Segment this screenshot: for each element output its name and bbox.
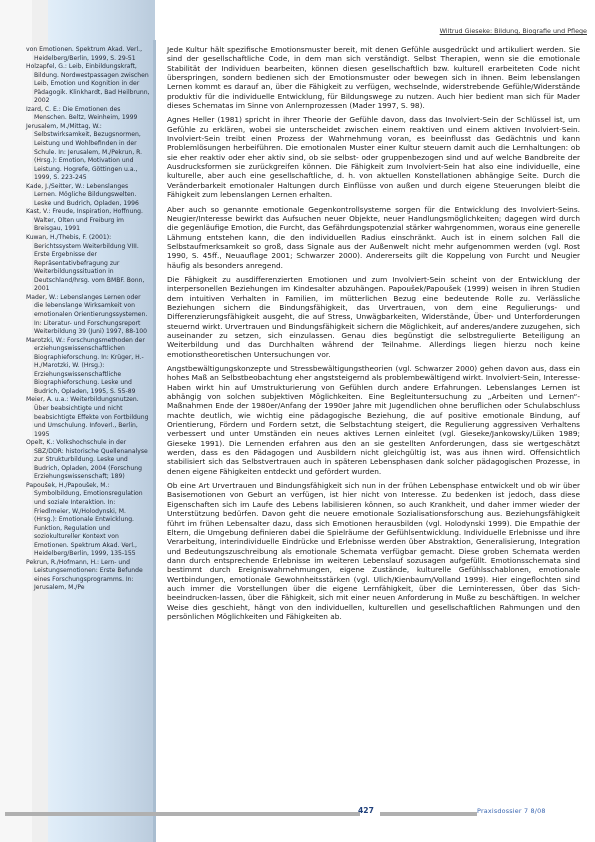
reference-item: Jerusalem, M./Mittag, W.: Selbstwirksamk… (26, 123, 150, 183)
reference-item: Kast, V.: Freude, Inspiration, Hoffnung.… (26, 208, 150, 234)
reference-item: Marotzki, W.: Forschungsmethoden der erz… (26, 337, 150, 397)
running-header: Wiltrud Gieseke: Bildung, Biografie und … (440, 27, 587, 35)
body-paragraph: Ob eine Art Urvertrauen und Bindungsfähi… (167, 481, 580, 621)
reference-item: Meier, A. u.a.: Weiterbildungsnutzen. Üb… (26, 396, 150, 439)
body-paragraph: Angstbewältigungskonzepte und Stressbewä… (167, 364, 580, 476)
references-list: von Emotionen. Spektrum Akad. Verl., Hei… (26, 46, 150, 593)
reference-item: von Emotionen. Spektrum Akad. Verl., Hei… (26, 46, 150, 63)
reference-item: Mader, W.: Lebenslanges Lernen oder die … (26, 294, 150, 337)
reference-item: Papoušek, H./Papoušek, M.: Symbolbildung… (26, 482, 150, 559)
footer-rule-left-2 (160, 812, 360, 816)
reference-item: Izard, C. E.: Die Emotionen des Menschen… (26, 106, 150, 123)
page-number: 427 (358, 806, 374, 815)
reference-item: Kuwan, H./Thebis, F. (2001): Berichtssys… (26, 234, 150, 294)
reference-item: Holzapfel, G.: Leib, Einbildungskraft, B… (26, 63, 150, 106)
body-paragraph: Die Fähigkeit zu ausdifferenzierten Emot… (167, 275, 580, 359)
body-paragraph: Agnes Heller (1981) spricht in ihrer The… (167, 115, 580, 199)
reference-item: Kade, J./Seitter, W.: Lebenslanges Lerne… (26, 183, 150, 209)
reference-item: Opelt, K.: Volkshochschule in der SBZ/DD… (26, 439, 150, 482)
footer-rule-right (380, 812, 477, 816)
article-body: Jede Kultur hält spezifische Emotionsmus… (167, 45, 580, 626)
journal-label: Praxisdossier 7 8/08 (477, 807, 546, 815)
body-paragraph: Aber auch so genannte emotionale Gegenko… (167, 205, 580, 270)
sidebar-divider (153, 40, 156, 842)
body-paragraph: Jede Kultur hält spezifische Emotionsmus… (167, 45, 580, 110)
reference-item: Pekrun, R./Hofmann, H.: Lern- und Leistu… (26, 559, 150, 593)
